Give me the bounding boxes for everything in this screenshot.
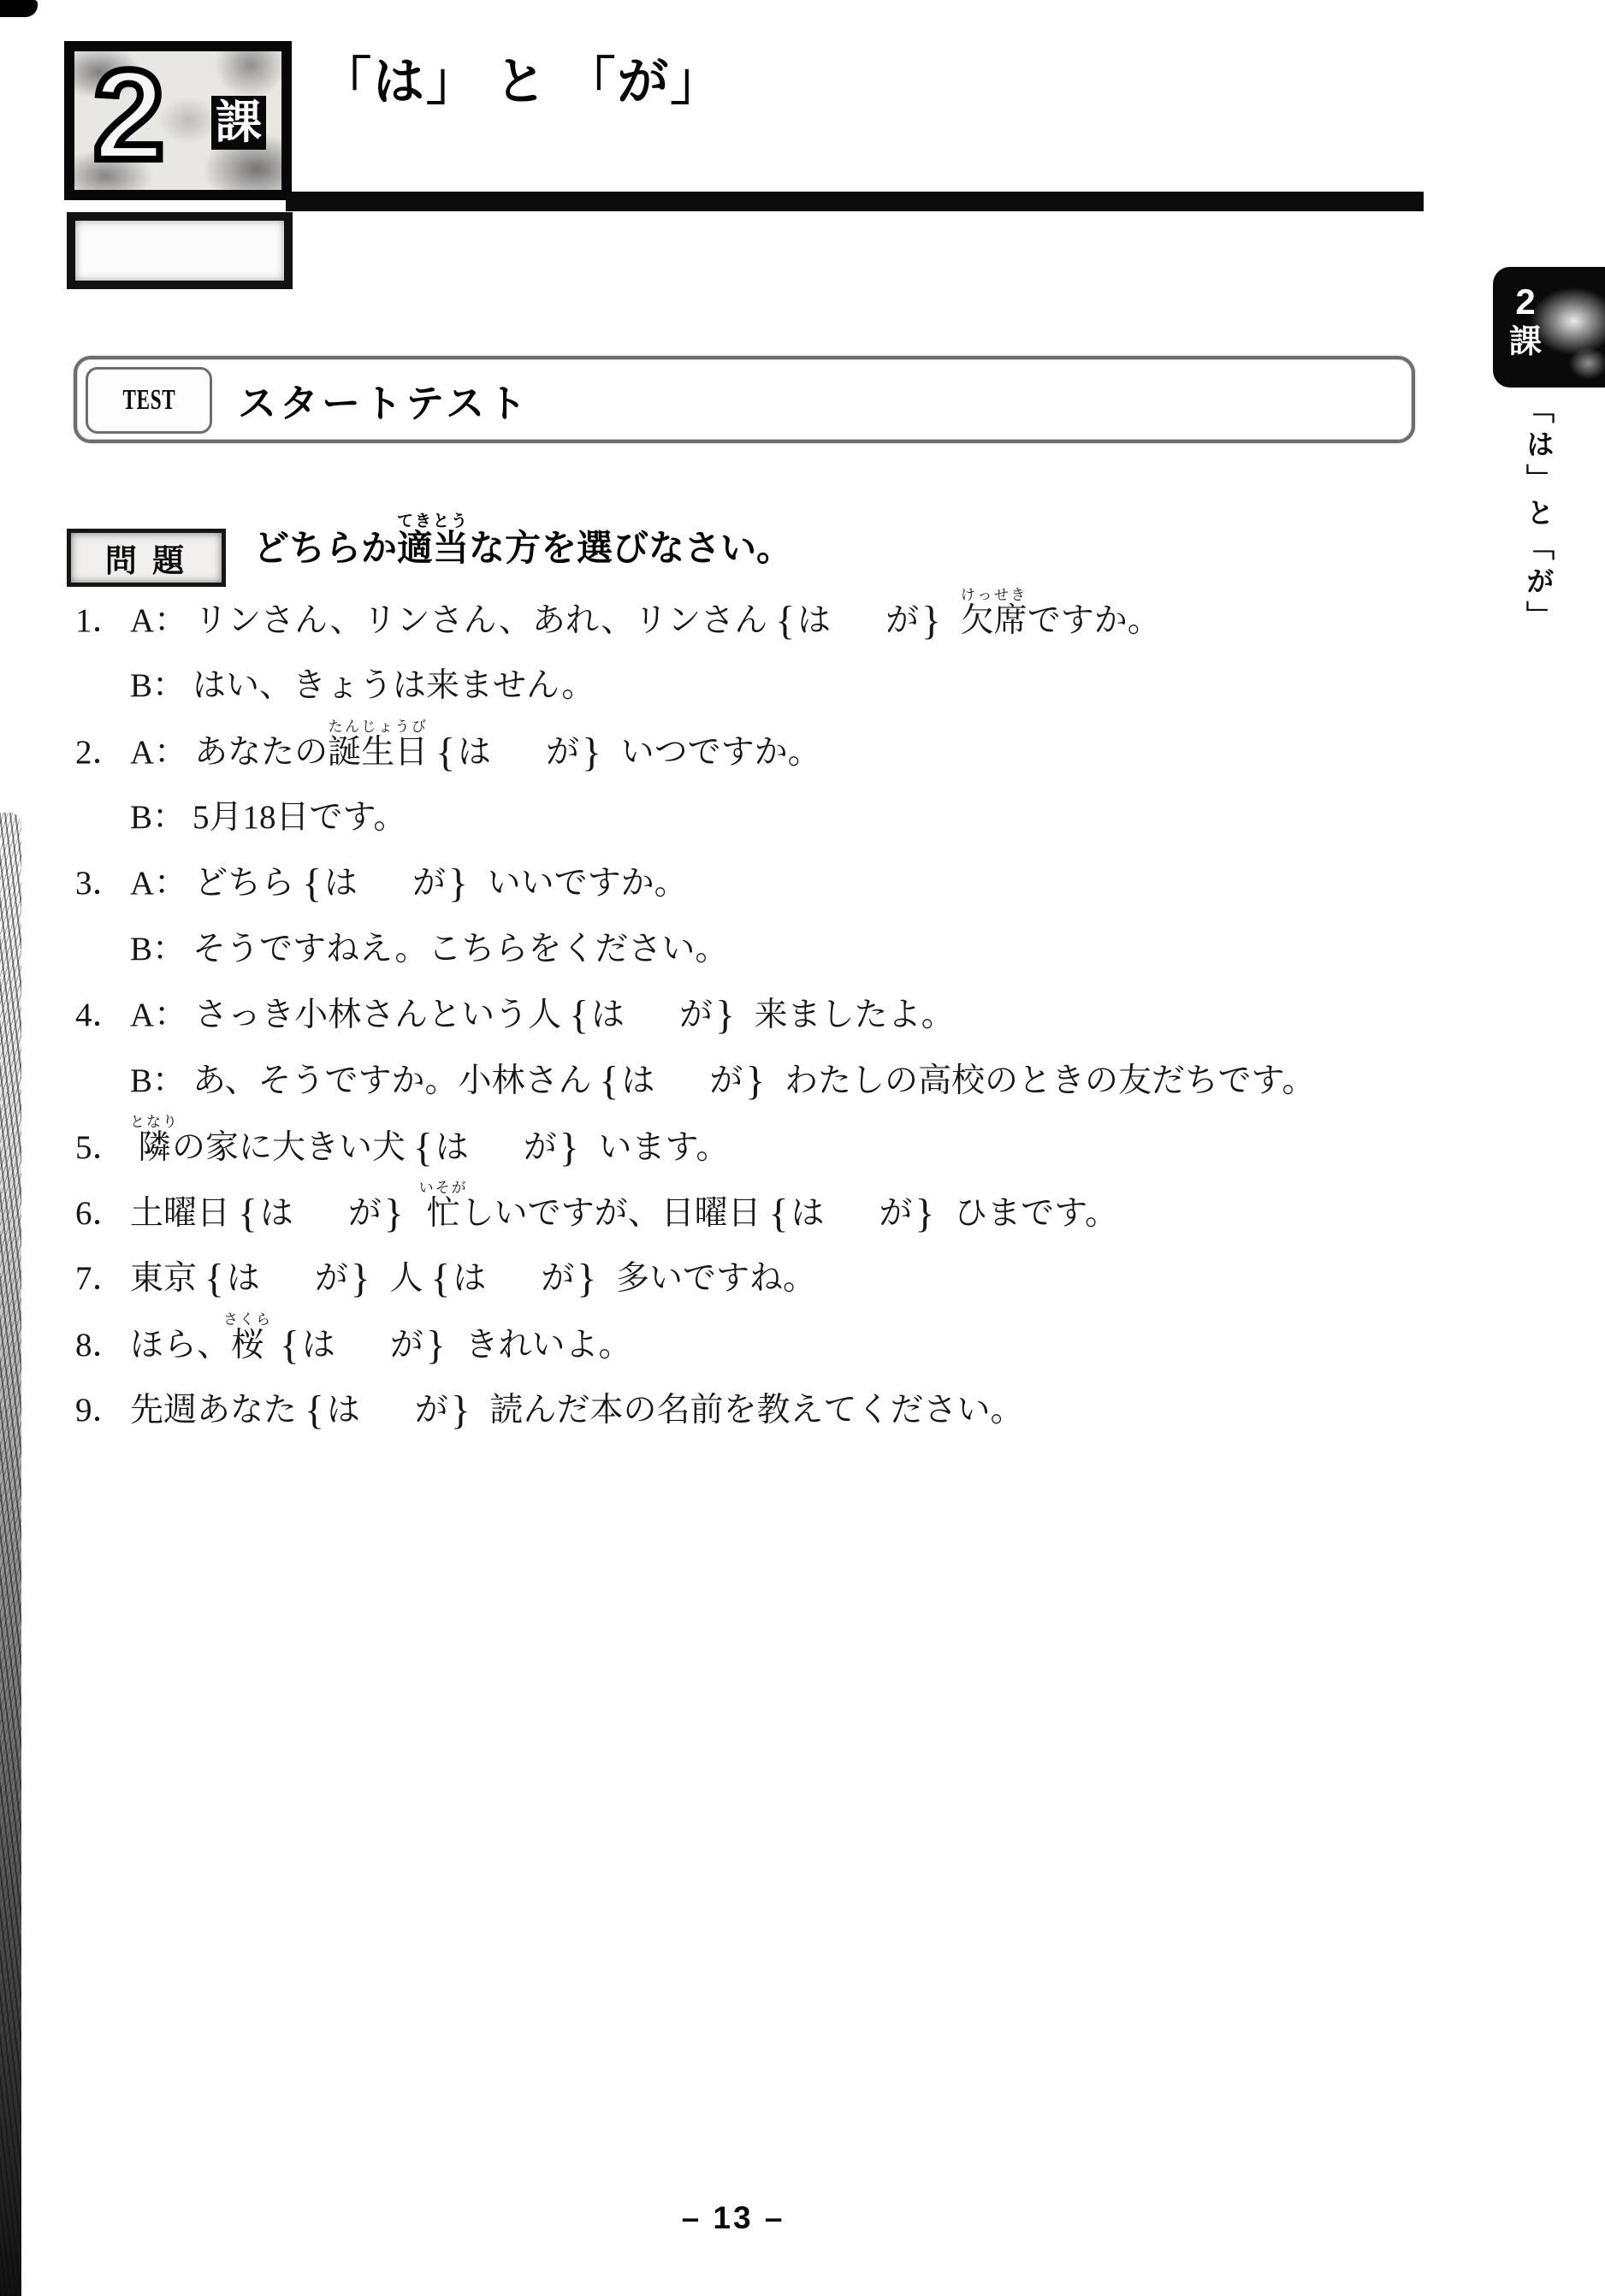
question-line: B：あ、そうですか。小林さん{はが} わたしの高校のときの友だちです。 [75,1048,1444,1114]
close-brace-icon: } [423,1323,448,1368]
close-brace-icon: } [446,861,471,906]
question-number: 4． [75,982,130,1048]
particle-choice: {はが} [277,1327,448,1364]
question-number: 8． [75,1312,130,1378]
page-title: 「は」 と 「が」 [320,41,723,115]
open-brace-icon: { [767,1192,791,1236]
ruby-word: 誕生日たんじょうび [328,734,428,771]
problem-label-box: 問 題 [67,529,226,587]
chapter-vertical-title: 「は」と「が」 [1519,395,1559,635]
speaker-label: B： [130,1062,186,1099]
scanned-textbook-page: 2 課 「は」 と 「が」 TEST スタートテスト 問 題 どちらか適当てきと… [0,0,1605,2296]
question-line: 5．隣となりの家に大きい犬{はが} います。 [75,1114,1444,1180]
scan-corner-artifact [0,0,38,17]
ruby-word: 適当てきとう [397,528,469,568]
test-tag-label: TEST [122,384,175,417]
close-brace-icon: } [919,599,944,643]
question-line: B：はい、きょうは来ません。 [75,653,1444,719]
ruby-word: 桜さくら [230,1327,272,1364]
close-brace-icon: } [348,1257,373,1301]
header-empty-box [67,212,293,289]
open-brace-icon: { [773,599,797,643]
speaker-label: A： [130,865,187,902]
problem-label: 問 題 [105,535,187,581]
chapter-tab-number: 2 [1507,281,1544,323]
open-brace-icon: { [433,731,458,775]
close-brace-icon: } [743,1059,767,1104]
close-brace-icon: } [382,1192,406,1236]
open-brace-icon: { [277,1323,302,1368]
close-brace-icon: } [713,993,737,1038]
speaker-label: A： [130,997,187,1033]
close-brace-icon: } [579,731,604,775]
open-brace-icon: { [596,1059,621,1104]
particle-choice: {はが} [299,865,471,902]
speaker-label: B： [130,799,186,836]
particle-choice: {はが} [235,1195,406,1232]
question-line: 8．ほら、桜さくら{はが} きれいよ。 [75,1311,1444,1377]
speaker-label: B： [130,667,186,704]
open-brace-icon: { [235,1192,260,1236]
chapter-side-tab-label: 2 課 [1507,281,1544,361]
speaker-label: A： [130,602,187,639]
scan-edge-artifact [0,813,21,2296]
page-number: – 13 – [648,2200,819,2236]
question-line: 7．東京{はが} 人{はが} 多いですね。 [75,1246,1444,1311]
speaker-label: A： [130,734,187,771]
question-number: 6． [75,1181,130,1246]
ruby-word: 隣となり [130,1129,172,1166]
open-brace-icon: { [202,1257,227,1301]
test-section-title: スタートテスト [238,372,530,428]
open-brace-icon: { [566,993,591,1038]
question-number: 1． [75,588,130,654]
question-line: B：5月18日です。 [75,784,1444,850]
lesson-number: 2 [93,44,164,186]
question-number: 2． [75,719,130,785]
lesson-number-badge: 2 課 [64,41,292,200]
question-line: B：そうですねえ。こちらをください。 [75,916,1444,982]
question-line: 4．A：さっき小林さんという人{はが} 来ましたよ。 [75,982,1444,1048]
speaker-label: B： [130,931,186,968]
close-brace-icon: } [574,1257,599,1301]
chapter-side-tab: 2 課 [1493,267,1605,388]
question-number: 3． [75,850,130,916]
close-brace-icon: } [912,1192,937,1236]
particle-choice: {はが} [433,734,604,771]
test-tag-badge: TEST [86,367,212,434]
particle-choice: {はが} [596,1062,767,1099]
questions-list: 1．A：リンさん、リンさん、あれ、リンさん{はが} 欠席けっせきですか。B：はい… [75,587,1444,1443]
question-line: 1．A：リンさん、リンさん、あれ、リンさん{はが} 欠席けっせきですか。 [75,587,1444,653]
question-line: 9．先週あなた{はが} 読んだ本の名前を教えてください。 [75,1377,1444,1443]
open-brace-icon: { [429,1257,453,1301]
question-number: 7． [75,1246,130,1311]
question-number: 9． [75,1377,130,1443]
chapter-tab-suffix: 課 [1507,323,1544,362]
ruby-word: 忙いそが [423,1195,460,1232]
header-rule [286,192,1424,211]
particle-choice: {はが} [773,602,944,639]
particle-choice: {はが} [202,1260,373,1297]
test-section-bar: TEST スタートテスト [74,356,1415,443]
lesson-suffix: 課 [211,96,266,150]
particle-choice: {はが} [566,997,737,1033]
particle-choice: {はが} [411,1129,582,1166]
ruby-word: 欠席けっせき [961,602,1028,639]
close-brace-icon: } [557,1126,582,1170]
question-number: 5． [75,1115,130,1181]
open-brace-icon: { [299,861,324,906]
particle-choice: {はが} [767,1195,938,1232]
problem-instruction: どちらか適当てきとうな方を選びなさい。 [253,512,792,585]
open-brace-icon: { [302,1388,327,1433]
close-brace-icon: } [448,1388,473,1433]
particle-choice: {はが} [429,1260,600,1297]
particle-choice: {はが} [302,1392,473,1429]
question-line: 6．土曜日{はが} 忙いそがしいですが、日曜日{はが} ひまです。 [75,1180,1444,1246]
open-brace-icon: { [411,1126,435,1170]
question-line: 3．A：どちら{はが} いいですか。 [75,850,1444,916]
question-line: 2．A：あなたの誕生日たんじょうび{はが} いつですか。 [75,719,1444,784]
